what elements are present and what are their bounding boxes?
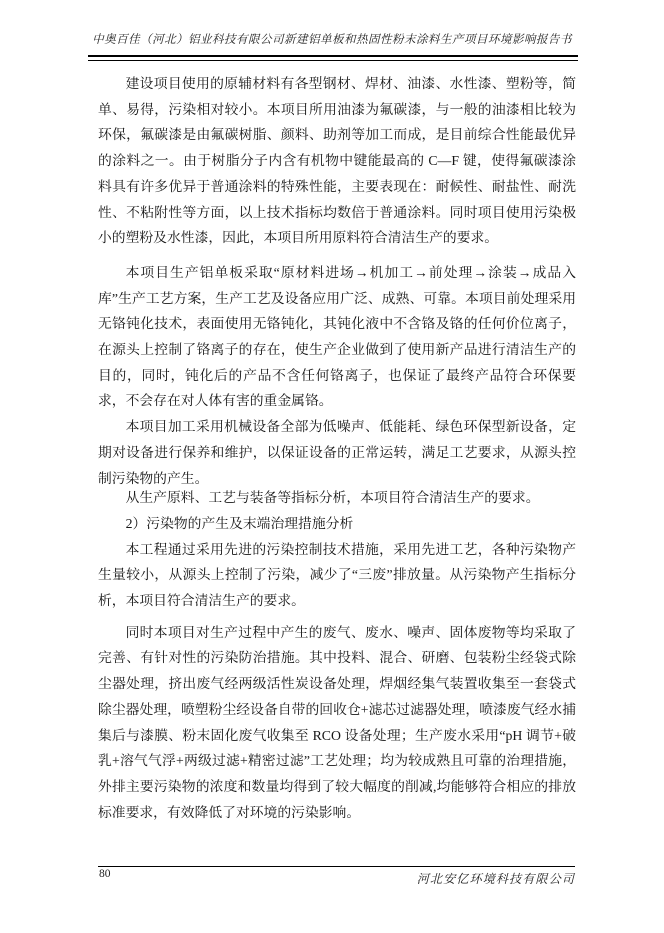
footer-rule [98, 866, 575, 867]
document-page: 中奥百佳（河北）铝业科技有限公司新建铝单板和热固性粉末涂料生产项目环境影响报告书… [0, 0, 664, 933]
paragraph: 从生产原料、工艺与装备等指标分析，本项目符合清洁生产的要求。 [98, 485, 576, 511]
paragraph: 本工程通过采用先进的污染控制技术措施，采用先进工艺，各种污染物产生量较小，从源头… [98, 537, 576, 614]
section-heading: 2）污染物的产生及末端治理措施分析 [98, 511, 576, 537]
paragraph: 建设项目使用的原辅材料有各型钢材、焊材、油漆、水性漆、塑粉等，简单、易得，污染相… [98, 71, 576, 251]
paragraph: 本项目加工采用机械设备全部为低噪声、低能耗、绿色环保型新设备，定期对设备进行保养… [98, 414, 576, 491]
page-header-title: 中奥百佳（河北）铝业科技有限公司新建铝单板和热固性粉末涂料生产项目环境影响报告书 [52, 31, 612, 47]
footer-company-name: 河北安亿环境科技有限公司 [98, 870, 575, 887]
paragraph: 本项目生产铝单板采取“原材料进场→机加工→前处理→涂装→成品入库”生产工艺方案，… [98, 260, 576, 414]
header-double-rule [88, 55, 578, 61]
paragraph: 同时本项目对生产过程中产生的废气、废水、噪声、固体废物等均采取了完善、有针对性的… [98, 620, 576, 826]
document-body: 建设项目使用的原辅材料有各型钢材、焊材、油漆、水性漆、塑粉等，简单、易得，污染相… [98, 71, 576, 825]
